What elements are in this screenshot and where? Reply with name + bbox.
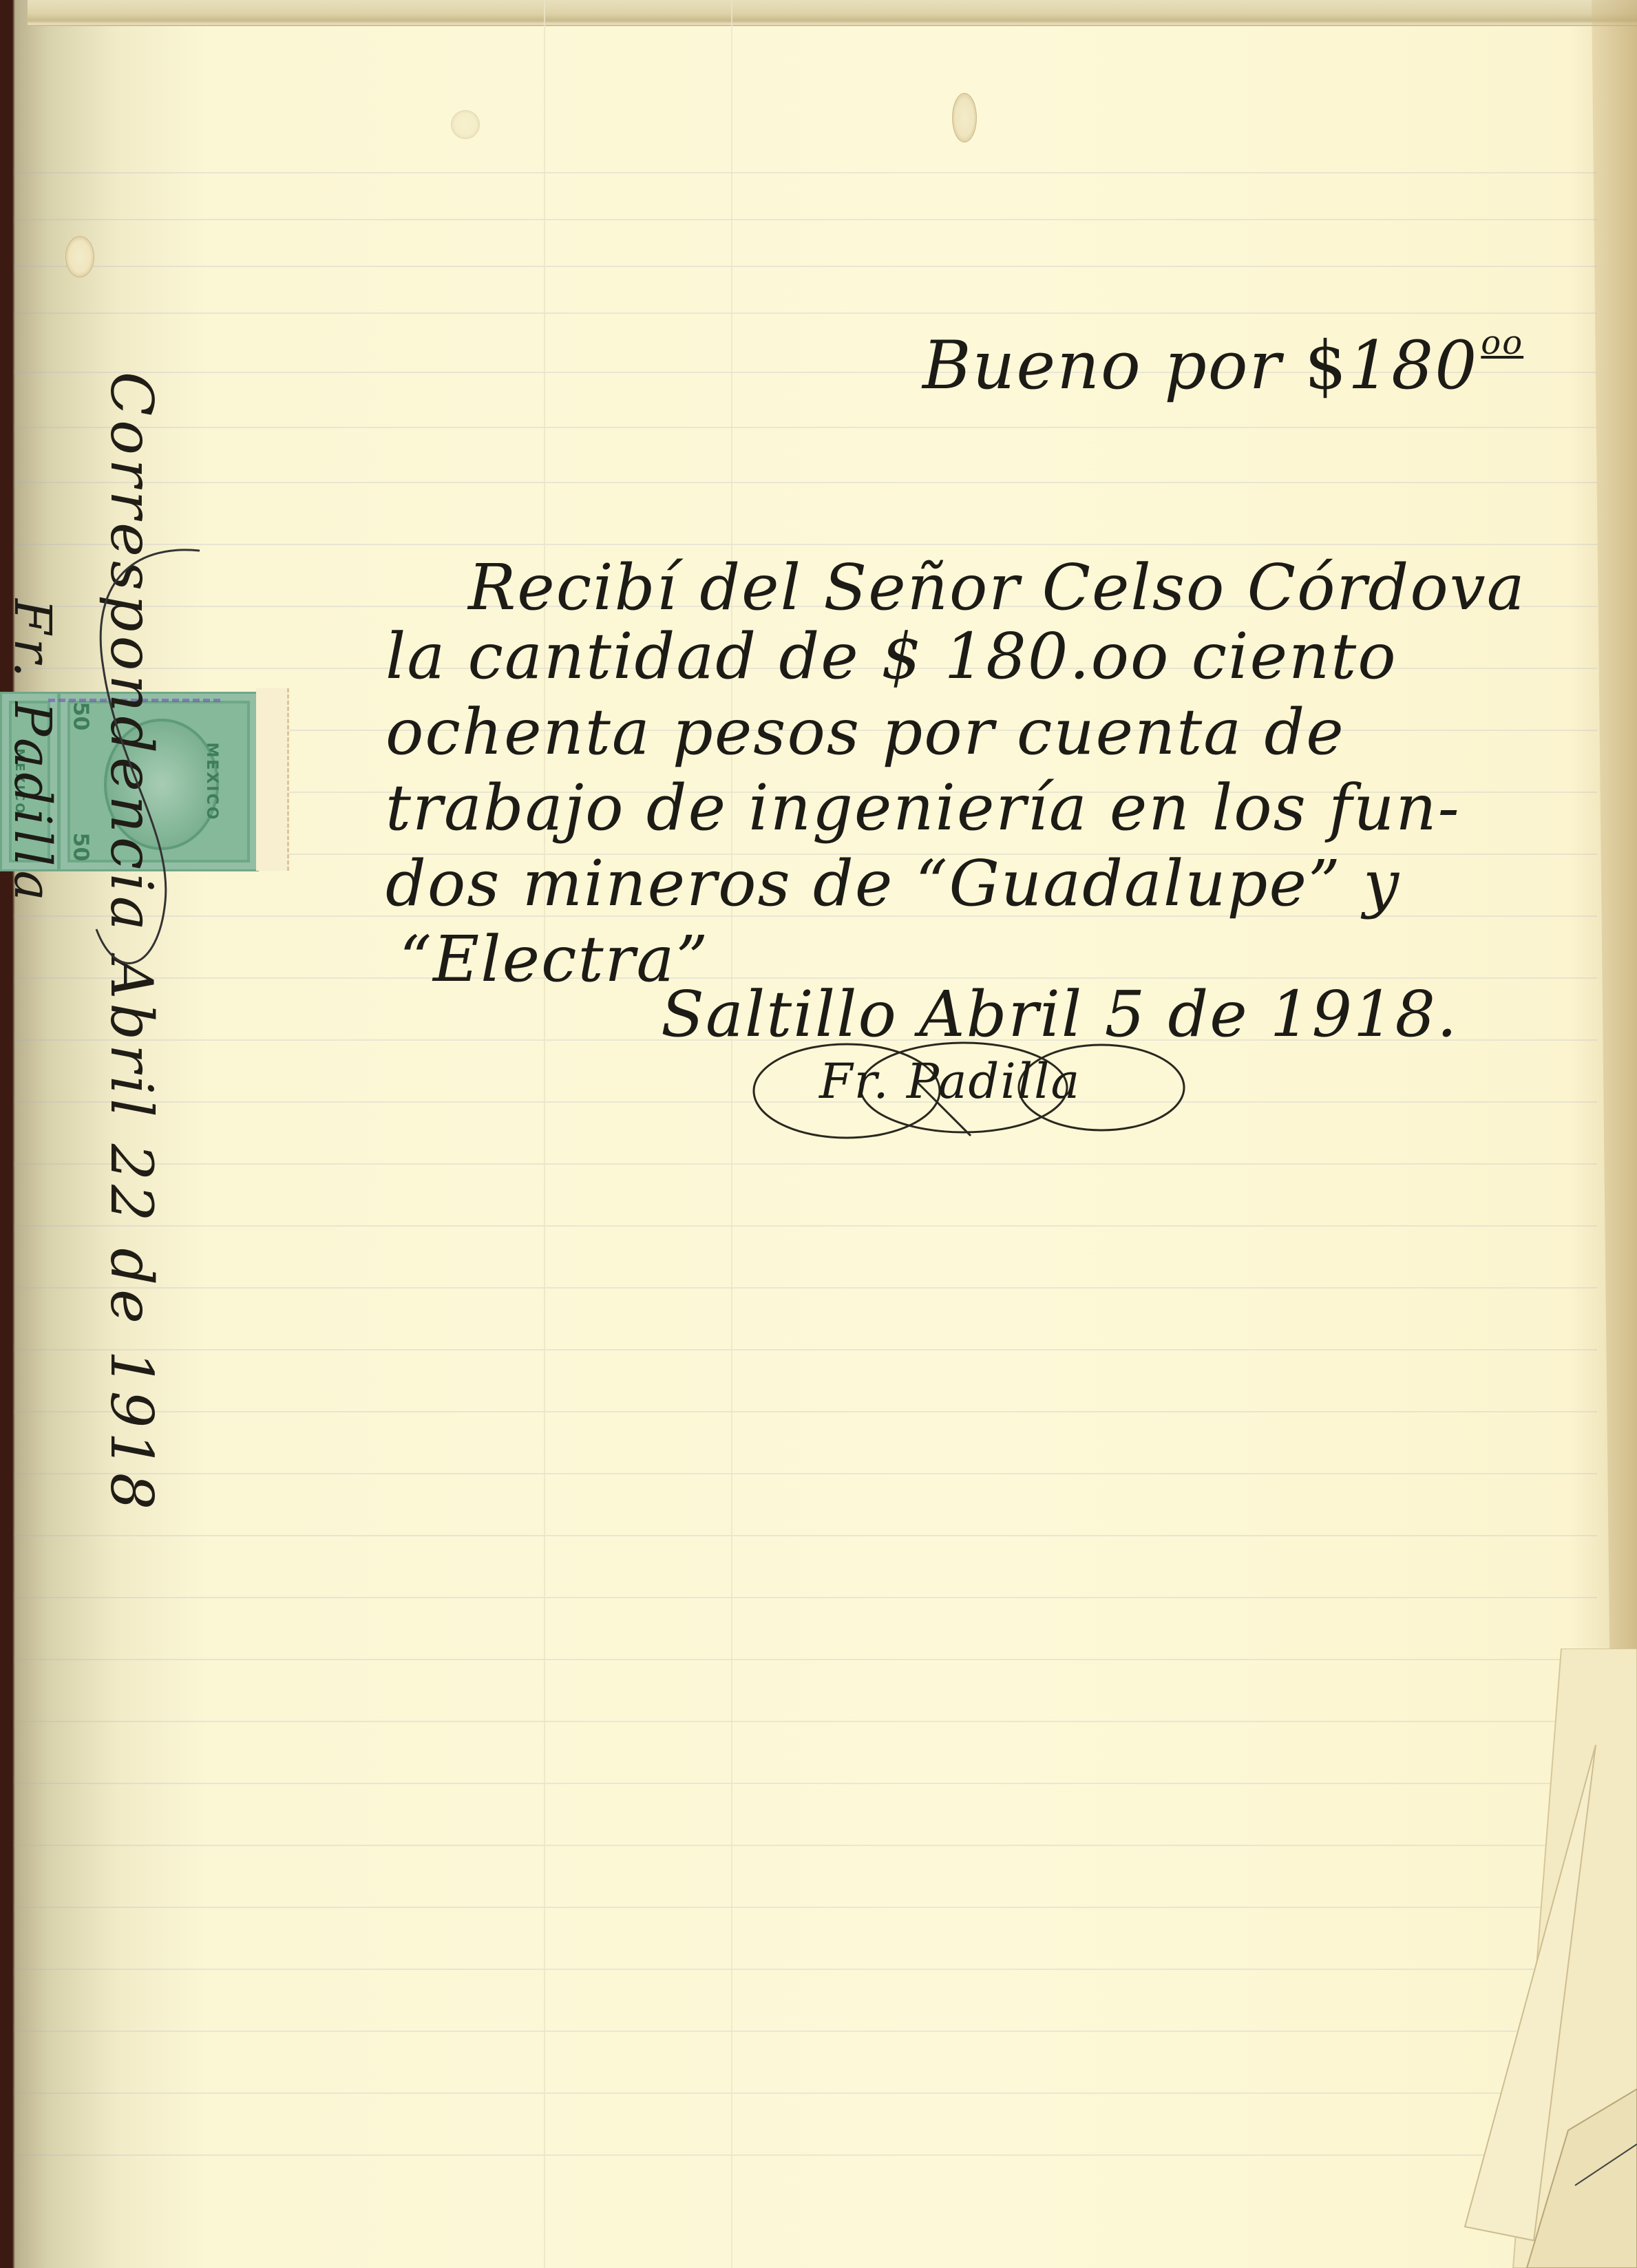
heading-text: Bueno por bbox=[922, 327, 1282, 404]
margin-signature-loop-icon bbox=[89, 544, 220, 984]
receipt-heading: Bueno por $180oo bbox=[922, 324, 1523, 404]
body-line-5: dos mineros de “Guadalupe” y bbox=[386, 847, 1400, 920]
heading-amount: 180 bbox=[1348, 327, 1478, 404]
punch-hole bbox=[952, 93, 977, 142]
body-line-4: trabajo de ingeniería en los fun- bbox=[386, 771, 1461, 845]
margin-signature: Fr. Padilla bbox=[3, 599, 62, 905]
currency-symbol: $ bbox=[1305, 327, 1348, 404]
fold-crease bbox=[731, 0, 732, 2268]
folded-corner bbox=[1430, 1649, 1637, 2268]
page-top-edge bbox=[28, 0, 1637, 26]
punch-hole bbox=[65, 236, 94, 277]
body-line-2: la cantidad de $ 180.oo ciento bbox=[386, 619, 1397, 693]
body-line-1: Recibí del Señor Celso Córdova bbox=[468, 551, 1526, 624]
signature-name: Fr. Padilla bbox=[819, 1053, 1081, 1110]
document-scan: Bueno por $180oo Recibí del Señor Celso … bbox=[0, 0, 1637, 2268]
fold-crease bbox=[544, 0, 545, 2268]
stamp-selvage bbox=[256, 688, 289, 871]
punch-hole bbox=[451, 110, 480, 139]
heading-cents: oo bbox=[1481, 324, 1523, 362]
body-line-3: ochenta pesos por cuenta de bbox=[386, 695, 1345, 769]
signature: Fr. Padilla bbox=[743, 1039, 1198, 1143]
